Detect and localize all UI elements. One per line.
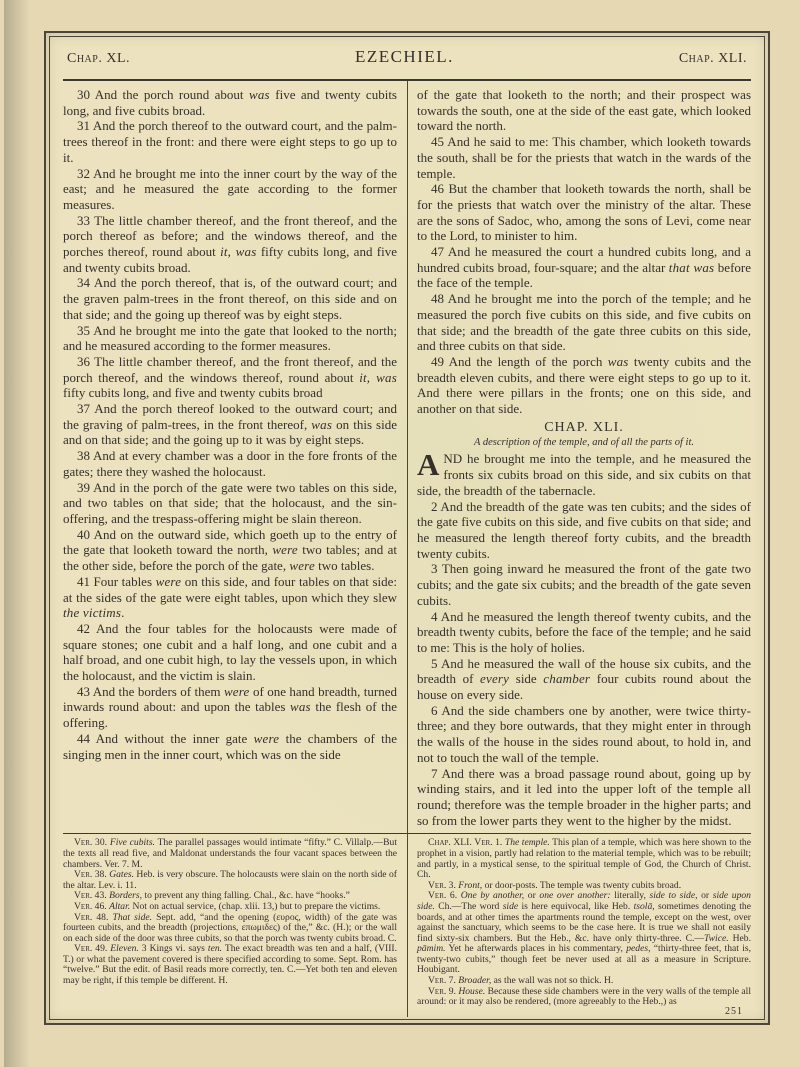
verse-paragraph: 41 Four tables were on this side, and fo… [63, 574, 397, 621]
page-number: 251 [725, 1006, 743, 1017]
chapter-heading: CHAP. XLI. [417, 420, 751, 436]
right-column: of the gate that looketh to the north; a… [417, 87, 751, 828]
footnote-paragraph: Ver. 9. House. Because these side chambe… [417, 987, 751, 1008]
verse-paragraph: 49 And the length of the porch was twent… [417, 354, 751, 417]
verse-paragraph: 5 And he measured the wall of the house … [417, 656, 751, 703]
right-column-verses-2: 2 And the breadth of the gate was ten cu… [417, 499, 751, 829]
footnote-paragraph: Ver. 38. Gates. Heb. is very obscure. Th… [63, 870, 397, 891]
verse-continuation-paragraph: of the gate that looketh to the north; a… [417, 87, 751, 134]
verse-paragraph: 45 And he said to me: This chamber, whic… [417, 134, 751, 181]
column-divider-rule [407, 81, 408, 1017]
verse-paragraph: 46 But the chamber that looketh towards … [417, 181, 751, 244]
chapter-subtitle: A description of the temple, and of all … [417, 436, 751, 449]
verse-paragraph: 6 And the side chambers one by another, … [417, 703, 751, 766]
page-frame: Chap. XL. EZECHIEL. Chap. XLI. 30 And th… [44, 31, 770, 1025]
verse-paragraph: 4 And he measured the length thereof twe… [417, 609, 751, 656]
right-column-verses: 45 And he said to me: This chamber, whic… [417, 134, 751, 417]
verse-paragraph: 3 Then going inward he measured the fron… [417, 561, 751, 608]
footnotes-right-column: Chap. XLI. Ver. 1. The temple. This plan… [417, 838, 751, 1008]
footnote-paragraph: Ver. 6. One by another, or one over anot… [417, 891, 751, 976]
page-inner-frame: Chap. XL. EZECHIEL. Chap. XLI. 30 And th… [49, 36, 765, 1020]
verse-paragraph: 39 And in the porch of the gate were two… [63, 480, 397, 527]
running-header: Chap. XL. EZECHIEL. Chap. XLI. [63, 43, 751, 77]
first-verse-text: ND he brought me into the temple, and he… [417, 451, 751, 497]
verse-paragraph: 40 And on the outward side, which goeth … [63, 527, 397, 574]
footnote-paragraph: Ver. 30. Five cubits. The parallel passa… [63, 838, 397, 870]
verse-paragraph: 37 And the porch thereof looked to the o… [63, 401, 397, 448]
header-book-title: EZECHIEL. [355, 47, 454, 67]
footnote-paragraph: Ver. 49. Eleven. 3 Kings vi. says ten. T… [63, 944, 397, 986]
page-body: 30 And the porch round about was five an… [63, 81, 751, 1017]
verse-paragraph: 48 And he brought me into the porch of t… [417, 291, 751, 354]
verse-paragraph: 43 And the borders of them were of one h… [63, 684, 397, 731]
first-verse-paragraph: AND he brought me into the temple, and h… [417, 451, 751, 498]
verse-paragraph: 42 And the four tables for the holocaust… [63, 621, 397, 684]
verse-paragraph: 30 And the porch round about was five an… [63, 87, 397, 118]
verse-paragraph: 44 And without the inner gate were the c… [63, 731, 397, 762]
footnotes-left-column: Ver. 30. Five cubits. The parallel passa… [63, 838, 397, 1008]
verse-paragraph: 36 The little chamber thereof, and the f… [63, 354, 397, 401]
verse-paragraph: 47 And he measured the court a hundred c… [417, 244, 751, 291]
verse-paragraph: 2 And the breadth of the gate was ten cu… [417, 499, 751, 562]
drop-cap-letter: A [417, 451, 443, 478]
verse-paragraph: 35 And he brought me into the gate that … [63, 323, 397, 354]
verse-paragraph: 33 The little chamber thereof, and the f… [63, 213, 397, 276]
page-edge-shadow [4, 0, 30, 1067]
verse-paragraph: 32 And he brought me into the inner cour… [63, 166, 397, 213]
footnote-paragraph: Ver. 48. That side. Sept. add, “and the … [63, 913, 397, 945]
scanned-book-page: { "header": { "left": "Chap. XL.", "cent… [0, 0, 800, 1067]
verse-paragraph: 34 And the porch thereof, that is, of th… [63, 275, 397, 322]
left-column: 30 And the porch round about was five an… [63, 87, 397, 828]
verse-paragraph: 31 And the porch thereof to the outward … [63, 118, 397, 165]
verse-paragraph: 7 And there was a broad passage round ab… [417, 766, 751, 829]
footnote-paragraph: Chap. XLI. Ver. 1. The temple. This plan… [417, 838, 751, 880]
header-chapter-right: Chap. XLI. [679, 51, 747, 67]
header-chapter-left: Chap. XL. [67, 51, 130, 67]
verse-paragraph: 38 And at every chamber was a door in th… [63, 448, 397, 479]
